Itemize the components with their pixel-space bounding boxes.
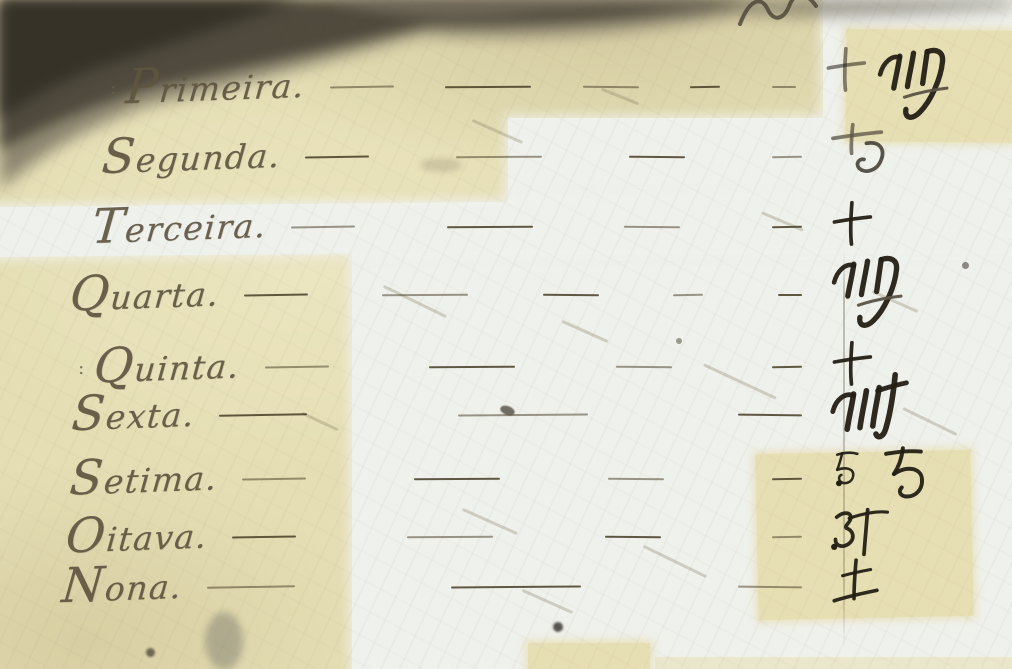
dash-stroke [244, 293, 308, 296]
dash-leader [305, 156, 802, 158]
dash-leader [242, 478, 802, 480]
dash-stroke [219, 413, 307, 417]
dash-leader [232, 536, 802, 538]
manuscript-scan: :Primeira.Segunda.Terceira.Quarta.:Quint… [0, 0, 1012, 669]
dash-stroke [778, 294, 802, 296]
dash-stroke [690, 86, 720, 88]
dash-stroke [673, 294, 703, 296]
dash-stroke [738, 586, 802, 589]
row-prefix-mark: : [110, 77, 116, 99]
dash-leader [244, 294, 802, 296]
manuscript-row: Oitava. [66, 508, 956, 560]
row-prefix-mark: : [78, 357, 84, 379]
tally-symbols [828, 120, 956, 188]
dash-stroke [608, 478, 664, 481]
ordinal-label: Primeira. [124, 53, 308, 114]
dash-leader [330, 86, 796, 88]
ordinal-label: Quarta. [68, 262, 223, 322]
ordinal-label: Nona. [60, 554, 185, 613]
dash-stroke [451, 586, 581, 589]
dash-stroke [447, 226, 533, 229]
dash-stroke [414, 478, 500, 481]
dash-stroke [772, 226, 802, 228]
dash-stroke [772, 86, 796, 88]
dash-stroke [458, 414, 588, 417]
dash-stroke [738, 414, 802, 417]
manuscript-row: :Quinta. [78, 338, 956, 390]
dash-stroke [772, 478, 802, 480]
ordinal-label: Terceira. [90, 193, 270, 254]
dash-stroke [330, 85, 394, 88]
dash-stroke [772, 536, 802, 538]
manuscript-row: Segunda. [102, 128, 956, 180]
dash-stroke [382, 294, 468, 297]
dash-stroke [543, 294, 599, 297]
dash-stroke [605, 536, 661, 539]
ordinal-label: Segunda. [100, 123, 284, 184]
dash-stroke [456, 156, 542, 159]
dash-stroke [772, 366, 802, 368]
tally-symbols [828, 553, 956, 615]
dash-stroke [616, 366, 672, 369]
ordinal-label: Setima. [68, 446, 221, 506]
manuscript-row: Quarta. [70, 266, 956, 318]
manuscript-row: Setima. [70, 450, 956, 502]
manuscript-row: Nona. [62, 558, 956, 610]
dash-stroke [772, 156, 802, 158]
dash-stroke [445, 86, 531, 89]
tally-symbols [828, 250, 956, 334]
dash-stroke [583, 86, 639, 89]
tally-symbols [822, 42, 956, 126]
manuscript-row: Terceira. [92, 198, 956, 250]
dash-stroke [407, 536, 493, 539]
ordinal-label: Sexta. [70, 382, 198, 442]
tally-symbol-plus-base [828, 553, 880, 615]
dash-stroke [305, 155, 369, 158]
tally-symbol-five-small [828, 441, 870, 501]
dash-stroke [429, 366, 515, 369]
dash-leader [291, 226, 802, 228]
manuscript-row: Sexta. [72, 386, 956, 438]
tally-symbols [828, 196, 956, 252]
dash-leader [207, 586, 802, 588]
ordinal-label: Oitava. [64, 504, 211, 564]
manuscript-rows: :Primeira.Segunda.Terceira.Quarta.:Quint… [0, 0, 1012, 669]
dash-stroke [265, 365, 329, 368]
manuscript-row: :Primeira. [110, 58, 956, 110]
tally-symbol-cross-curl [828, 120, 890, 188]
tally-symbol-iiij [874, 42, 950, 126]
dash-stroke [291, 225, 355, 228]
dash-stroke [207, 585, 295, 589]
dash-leader [219, 414, 802, 416]
tally-symbol-cross [822, 42, 868, 98]
dash-leader [265, 366, 802, 368]
tally-symbol-iiij [828, 250, 904, 334]
dash-stroke [242, 477, 306, 480]
tally-symbol-cross [828, 196, 874, 252]
dash-stroke [624, 226, 680, 229]
dash-stroke [629, 156, 685, 159]
dash-stroke [232, 535, 296, 538]
